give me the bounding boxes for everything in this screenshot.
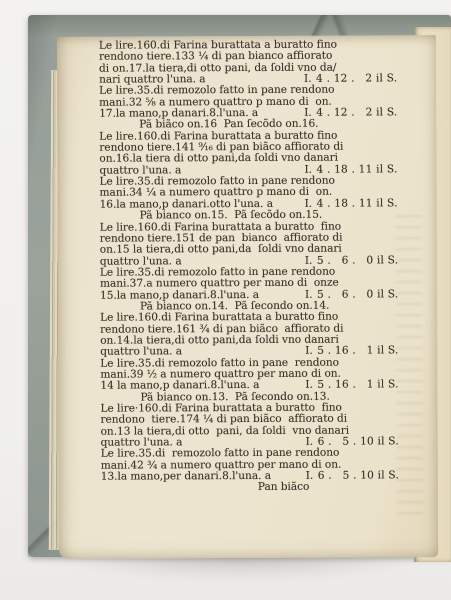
line-text: Pan biãco bbox=[258, 481, 310, 493]
price-value: 4 . 12 . 2 il S. bbox=[316, 107, 397, 119]
line-text: on.14.la tiera,di otto pani,da ſoldi vno… bbox=[100, 334, 339, 347]
line-text: 13.la mano,per danari.8.l'una. a bbox=[101, 470, 271, 483]
text-block: Le lire.160.di Farina burattata a buratt… bbox=[99, 39, 417, 494]
price-value: 4 . 18 . 11 il S. bbox=[317, 198, 398, 210]
line-text: on.16.la tiera di otto pani,da ſoldi vno… bbox=[99, 152, 338, 165]
line-text: di on.17.la tiera,di otto pani, da ſoldi… bbox=[99, 61, 336, 74]
catchword-line: Pan biãco bbox=[101, 482, 417, 495]
book-page: Le lire.160.di Farina burattata a buratt… bbox=[57, 35, 438, 559]
book: Le lire.160.di Farina burattata a buratt… bbox=[0, 0, 451, 600]
price-value: 6 . 5 . 10 il S. bbox=[318, 470, 399, 482]
